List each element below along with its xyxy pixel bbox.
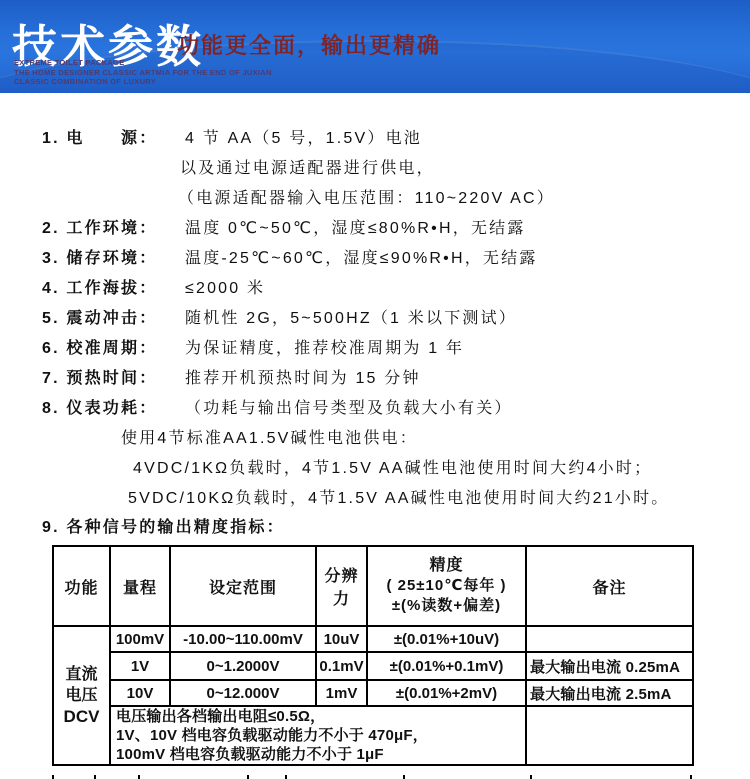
power-note-text: 使用4节标准AA1.5V碱性电池供电： [121,425,418,448]
spec-value-cont: （电源适配器输入电压范围：110~220V AC） [178,185,555,208]
grid-line [247,775,249,779]
cell-range: 1V [110,652,170,680]
grid-line [285,775,287,779]
accuracy-table: 功能 量程 设定范围 分辨力 精度 ( 25±10℃每年 ) ±(%读数+偏差)… [52,545,694,766]
spec-item-operating-env: 2. 工作环境： 温度 0℃~50℃，湿度≤80%R•H，无结露 [0,211,750,241]
spec-item-warmup: 7. 预热时间： 推荐开机预热时间为 15 分钟 [0,361,750,391]
grid-line [690,775,692,779]
table-footnote-row: 电压输出各档输出电阻≤0.5Ω， 1V、10V 档电容负载驱动能力不小于 470… [53,706,693,765]
function-group-cell: 直流 电压 DCV [53,626,110,765]
cell-note: 最大输出电流 2.5mA [526,680,693,706]
spec-item-power-cont: 以及通过电源适配器进行供电， [0,151,750,181]
spec-value: 温度-25℃~60℃，湿度≤90%R•H，无结露 [185,245,538,268]
tagline-line-2: THE HOME DESIGNER CLASSIC ARTMIA FOR THE… [14,68,272,78]
cell-setting: 0~12.000V [170,680,316,706]
cell-setting: 0~1.2000V [170,652,316,680]
spec-label: 3. 储存环境： [42,245,185,268]
cell-note: 最大输出电流 0.25mA [526,652,693,680]
col-header-resolution: 分辨力 [316,546,367,626]
col-header-accuracy: 精度 ( 25±10℃每年 ) ±(%读数+偏差) [367,546,526,626]
spec-label: 5. 震动冲击： [42,305,185,328]
grid-line [52,775,54,779]
footnote-line: 1V、10V 档电容负载驱动能力不小于 470μF， [111,726,525,745]
spec-value: （功耗与输出信号类型及负载大小有关） [185,395,513,418]
banner: 技术参数 功能更全面，输出更精确 EXTREME TOILET PACKAGE … [0,0,750,93]
power-note-text: 4VDC/1KΩ负载时，4节1.5V AA碱性电池使用时间大约4小时； [133,455,652,478]
cell-note-empty [526,706,693,765]
spec-label: 7. 预热时间： [42,365,185,388]
spec-item-storage-env: 3. 储存环境： 温度-25℃~60℃，湿度≤90%R•H，无结露 [0,241,750,271]
banner-tagline: EXTREME TOILET PACKAGE THE HOME DESIGNER… [14,58,272,87]
col-header-range: 量程 [110,546,170,626]
col-header-function: 功能 [53,546,110,626]
spec-label: 6. 校准周期： [42,335,185,358]
spec-item-vibration: 5. 震动冲击： 随机性 2G，5~500HZ（1 米以下测试） [0,301,750,331]
col-header-setting: 设定范围 [170,546,316,626]
power-note-line: 使用4节标准AA1.5V碱性电池供电： [0,421,750,451]
cell-range: 100mV [110,626,170,652]
accuracy-header-line1: 精度 [368,556,525,576]
grid-line [94,775,96,779]
spec-value: 为保证精度，推荐校准周期为 1 年 [185,335,464,358]
spec-value: 推荐开机预热时间为 15 分钟 [185,365,421,388]
tagline-line-1: EXTREME TOILET PACKAGE [14,58,272,68]
grid-line [403,775,405,779]
spec-item-power-cont: （电源适配器输入电压范围：110~220V AC） [0,181,750,211]
cell-resolution: 10uV [316,626,367,652]
spec-value: 4 节 AA（5 号，1.5V）电池 [185,125,422,148]
spec-item-consumption: 8. 仪表功耗： （功耗与输出信号类型及负载大小有关） [0,391,750,421]
footnote-line: 100mV 档电容负载驱动能力不小于 1μF [111,745,525,764]
spec-item-altitude: 4. 工作海拔： ≤2000 米 [0,271,750,301]
power-note-line: 4VDC/1KΩ负载时，4节1.5V AA碱性电池使用时间大约4小时； [0,451,750,481]
cell-accuracy: ±(0.01%+10uV) [367,626,526,652]
table-row-100mv: 直流 电压 DCV 100mV -10.00~110.00mV 10uV ±(0… [53,626,693,652]
table-header-row: 功能 量程 设定范围 分辨力 精度 ( 25±10℃每年 ) ±(%读数+偏差)… [53,546,693,626]
grid-line [530,775,532,779]
spec-label: 4. 工作海拔： [42,275,185,298]
cell-resolution: 0.1mV [316,652,367,680]
accuracy-header-line3: ±(%读数+偏差) [368,596,525,616]
spec-item-power: 1. 电 源： 4 节 AA（5 号，1.5V）电池 [0,121,750,151]
cell-accuracy: ±(0.01%+2mV) [367,680,526,706]
table-next-row-sliver [52,775,692,779]
banner-subtitle: 功能更全面，输出更精确 [177,29,441,60]
tagline-line-3: CLASSIC COMBINATION OF LUXURY [14,77,272,87]
cell-setting: -10.00~110.00mV [170,626,316,652]
footnote-cell: 电压输出各档输出电阻≤0.5Ω， 1V、10V 档电容负载驱动能力不小于 470… [110,706,526,765]
col-header-note: 备注 [526,546,693,626]
cell-note [526,626,693,652]
spec-label: 1. 电 源： [42,125,185,148]
spec-value: 温度 0℃~50℃，湿度≤80%R•H，无结露 [185,215,526,238]
table-row-10v: 10V 0~12.000V 1mV ±(0.01%+2mV) 最大输出电流 2.… [53,680,693,706]
function-line: 电压 [54,685,109,706]
function-line: 直流 [54,664,109,685]
grid-line [138,775,140,779]
spec-value: ≤2000 米 [185,275,265,298]
table-row-1v: 1V 0~1.2000V 0.1mV ±(0.01%+0.1mV) 最大输出电流… [53,652,693,680]
spec-list: 1. 电 源： 4 节 AA（5 号，1.5V）电池 以及通过电源适配器进行供电… [0,93,750,539]
cell-accuracy: ±(0.01%+0.1mV) [367,652,526,680]
spec-label: 2. 工作环境： [42,215,185,238]
power-note-text: 5VDC/10KΩ负载时，4节1.5V AA碱性电池使用时间大约21小时。 [128,485,669,508]
spec-label: 8. 仪表功耗： [42,395,185,418]
spec-value: 随机性 2G，5~500HZ（1 米以下测试） [185,305,517,328]
function-line-dcv: DCV [54,706,109,727]
accuracy-header-line2: ( 25±10℃每年 ) [368,576,525,596]
section9-title: 9. 各种信号的输出精度指标： [0,511,750,539]
power-note-line: 5VDC/10KΩ负载时，4节1.5V AA碱性电池使用时间大约21小时。 [0,481,750,511]
spec-value-cont: 以及通过电源适配器进行供电， [180,155,435,178]
cell-resolution: 1mV [316,680,367,706]
spec-item-calibration: 6. 校准周期： 为保证精度，推荐校准周期为 1 年 [0,331,750,361]
footnote-line: 电压输出各档输出电阻≤0.5Ω， [111,707,525,726]
cell-range: 10V [110,680,170,706]
